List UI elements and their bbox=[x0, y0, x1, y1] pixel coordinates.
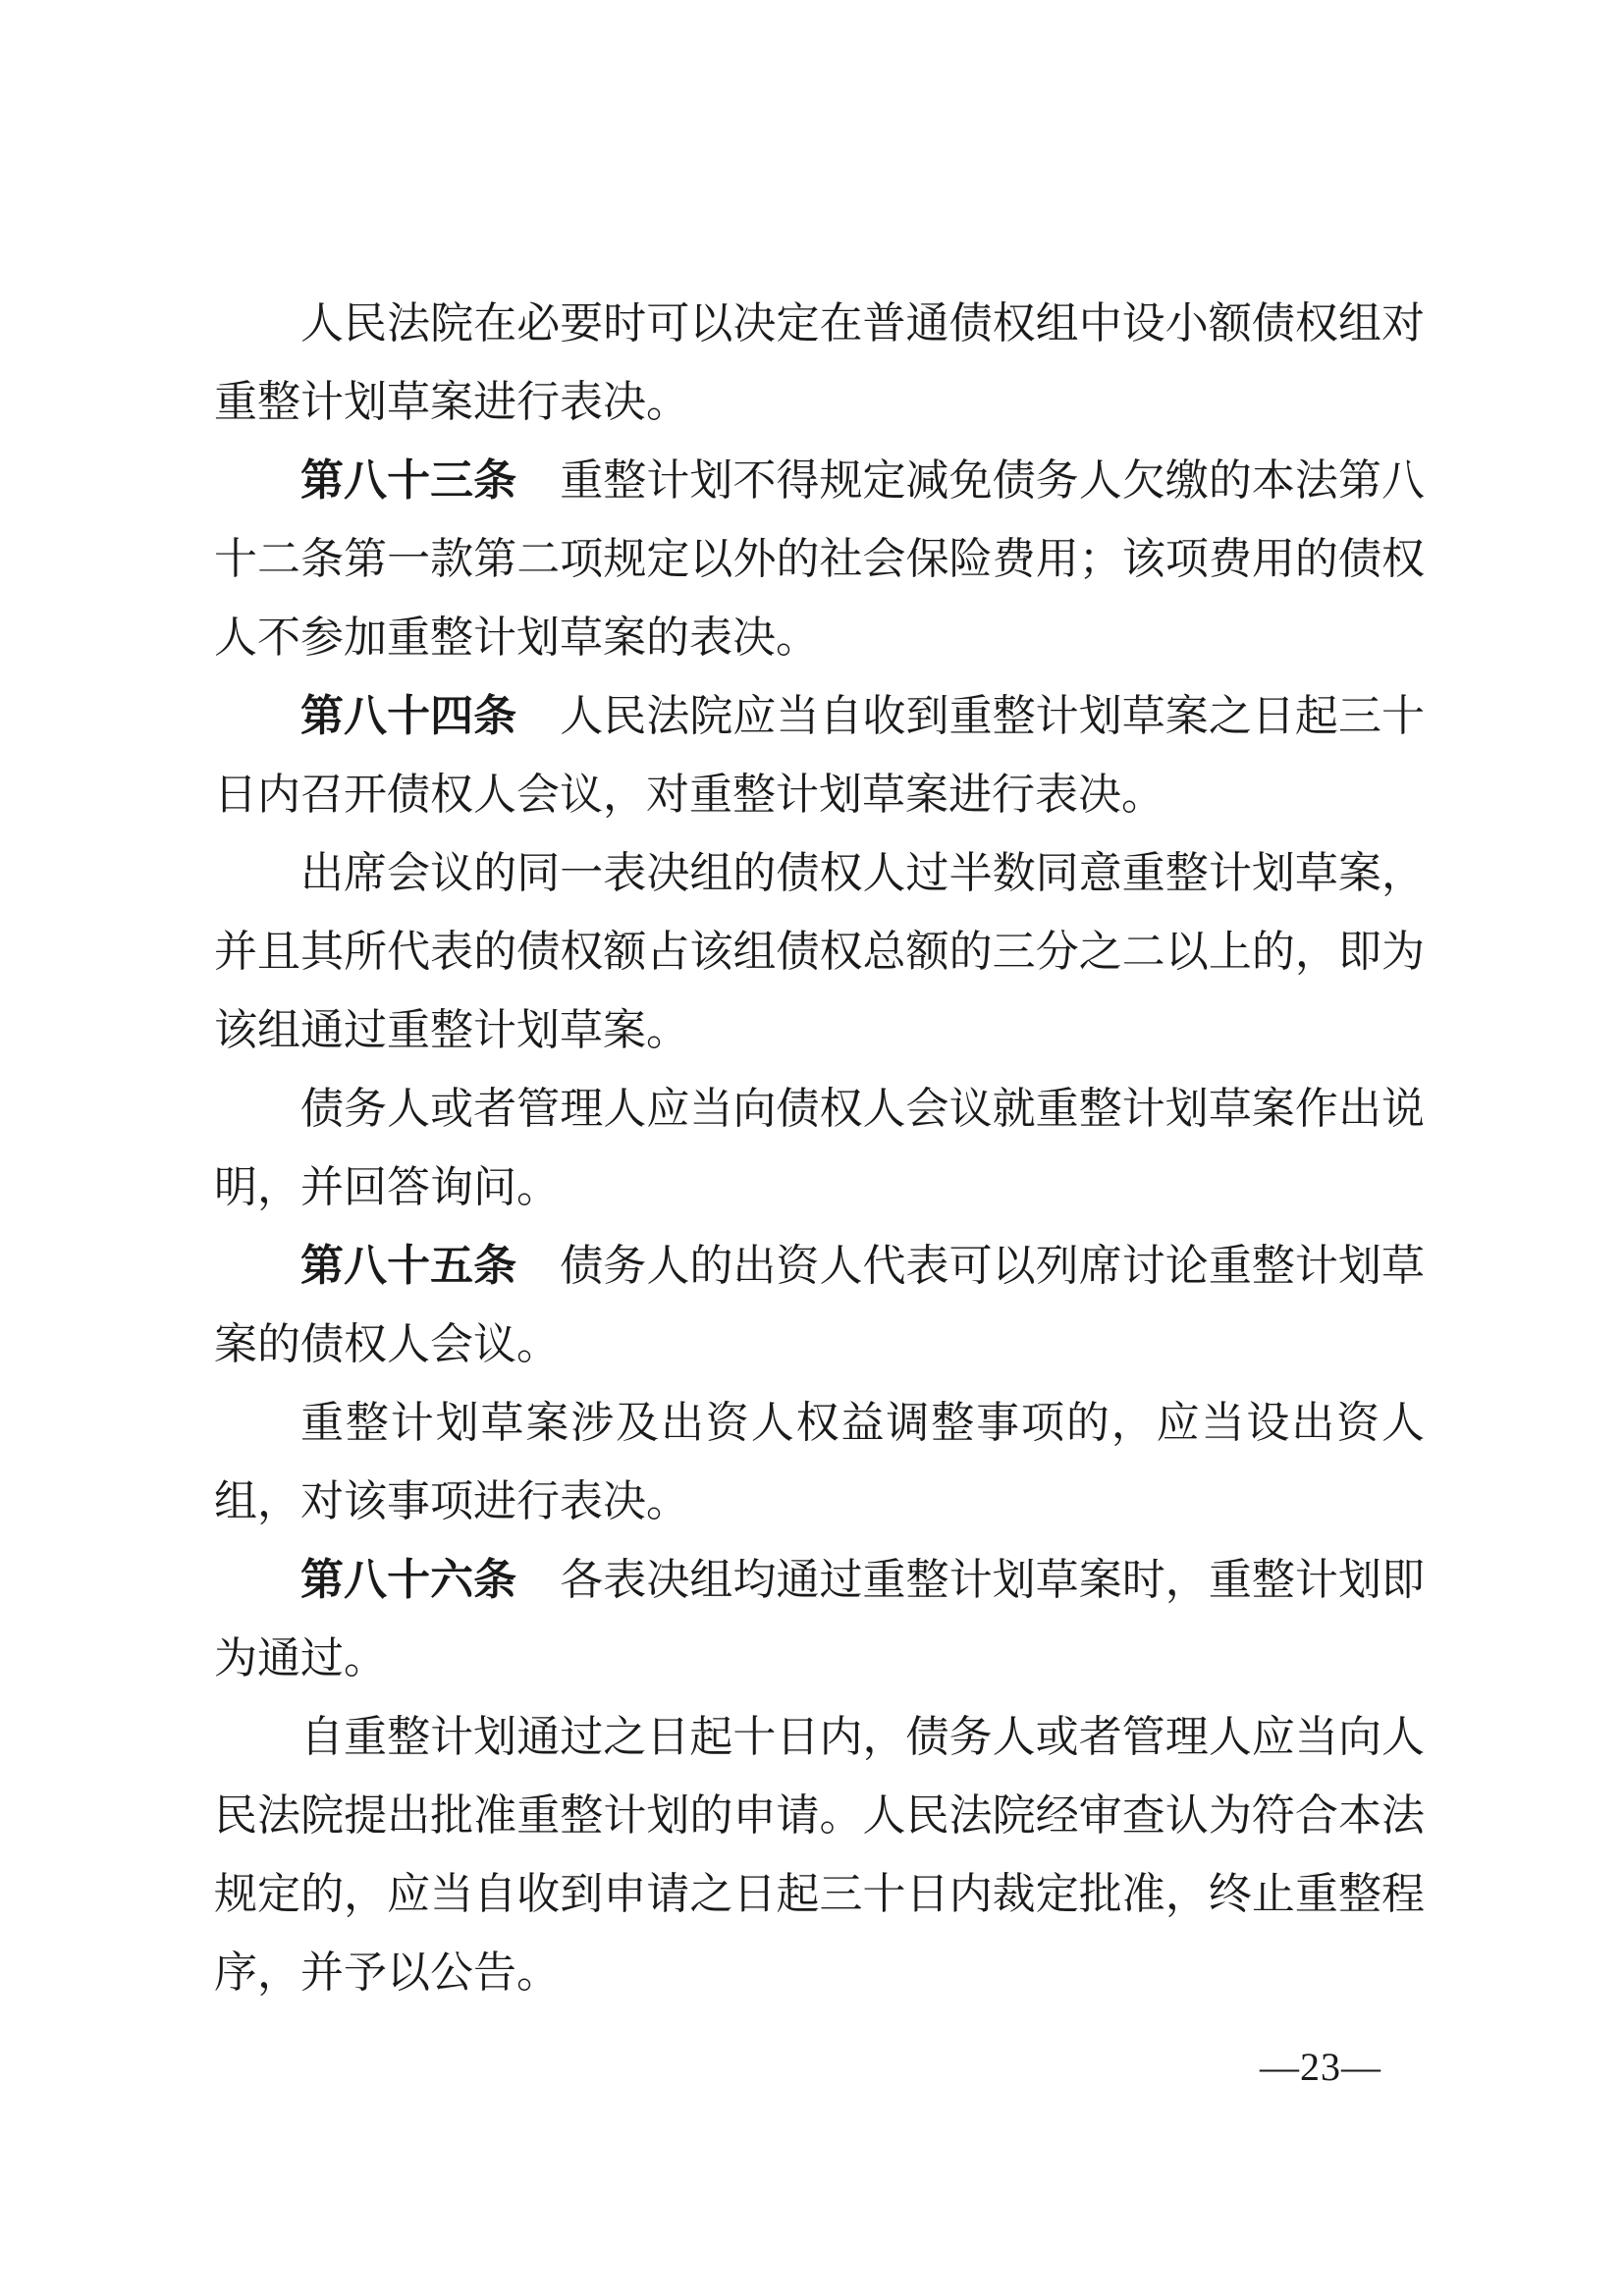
paragraph: 自重整计划通过之日起十日内，债务人或者管理人应当向人民法院提出批准重整计划的申请… bbox=[214, 1698, 1425, 2012]
paragraph: 第八十三条 重整计划不得规定减免债务人欠缴的本法第八十二条第一款第二项规定以外的… bbox=[214, 442, 1425, 677]
text-run: 债务人或者管理人应当向债权人会议就重整计划草案作出说明，并回答询问。 bbox=[214, 1085, 1425, 1211]
page-number: —23— bbox=[1260, 2044, 1381, 2091]
paragraph: 人民法院在必要时可以决定在普通债权组中设小额债权组对重整计划草案进行表决。 bbox=[214, 285, 1425, 442]
text-run: 出席会议的同一表决组的债权人过半数同意重整计划草案，并且其所代表的债权额占该组债… bbox=[214, 849, 1425, 1054]
paragraph: 第八十四条 人民法院应当自收到重整计划草案之日起三十日内召开债权人会议，对重整计… bbox=[214, 677, 1425, 834]
document-body: 人民法院在必要时可以决定在普通债权组中设小额债权组对重整计划草案进行表决。第八十… bbox=[214, 285, 1425, 2012]
paragraph: 重整计划草案涉及出资人权益调整事项的，应当设出资人组，对该事项进行表决。 bbox=[214, 1384, 1425, 1541]
text-run: 人民法院在必要时可以决定在普通债权组中设小额债权组对重整计划草案进行表决。 bbox=[214, 299, 1425, 426]
paragraph: 出席会议的同一表决组的债权人过半数同意重整计划草案，并且其所代表的债权额占该组债… bbox=[214, 834, 1425, 1070]
paragraph: 第八十六条 各表决组均通过重整计划草案时，重整计划即为通过。 bbox=[214, 1541, 1425, 1698]
article-number: 第八十六条 bbox=[300, 1556, 516, 1604]
article-number: 第八十四条 bbox=[300, 692, 516, 740]
article-number: 第八十三条 bbox=[300, 456, 516, 505]
paragraph: 第八十五条 债务人的出资人代表可以列席讨论重整计划草案的债权人会议。 bbox=[214, 1227, 1425, 1384]
text-run: 自重整计划通过之日起十日内，债务人或者管理人应当向人民法院提出批准重整计划的申请… bbox=[214, 1713, 1425, 1997]
article-number: 第八十五条 bbox=[300, 1242, 516, 1290]
text-run: 重整计划草案涉及出资人权益调整事项的，应当设出资人组，对该事项进行表决。 bbox=[214, 1399, 1425, 1525]
paragraph: 债务人或者管理人应当向债权人会议就重整计划草案作出说明，并回答询问。 bbox=[214, 1070, 1425, 1227]
document-page: 人民法院在必要时可以决定在普通债权组中设小额债权组对重整计划草案进行表决。第八十… bbox=[0, 0, 1624, 2296]
